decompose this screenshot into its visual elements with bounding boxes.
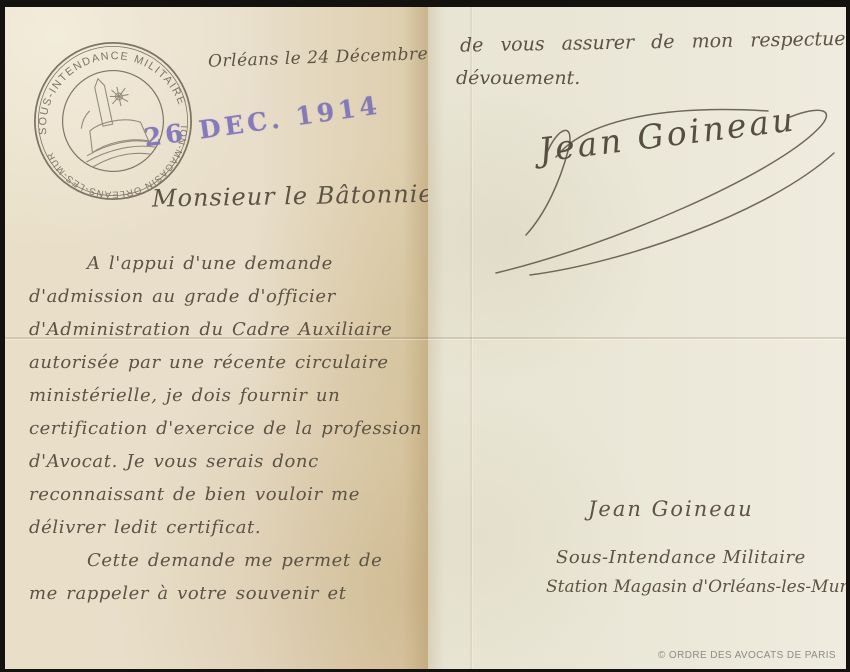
- signature-block-name: Jean Goineau: [588, 497, 754, 521]
- body-line: Cette demande me permet de: [29, 544, 421, 577]
- letter-salutation: Monsieur le Bâtonnier: [152, 179, 428, 212]
- body-line: délivrer ledit certificat.: [29, 511, 421, 544]
- closing-line: de vous assurer de mon respectueux: [460, 27, 846, 56]
- body-line: d'admission au grade d'officier: [29, 280, 421, 313]
- signature-block-unit: Sous-Intendance Militaire: [556, 547, 806, 568]
- closing-line: dévouement.: [456, 67, 580, 89]
- letter-left-page: SOUS-INTENDANCE MILITAIRE STATION-MAGASI…: [5, 7, 428, 669]
- horizontal-fold-crease: [428, 337, 846, 339]
- body-line: A l'appui d'une demande: [29, 247, 421, 280]
- body-line: d'Administration du Cadre Auxiliaire: [29, 313, 421, 346]
- letter-body: A l'appui d'une demande d'admission au g…: [29, 247, 421, 610]
- body-line: d'Avocat. Je vous serais donc: [29, 445, 421, 478]
- stamp-monument-icon: [70, 70, 157, 168]
- letter-dateline: Orléans le 24 Décembre 1914: [208, 42, 428, 71]
- body-line: autorisée par une récente circulaire: [29, 346, 421, 379]
- body-line: me rappeler à votre souvenir et: [29, 577, 421, 610]
- letter-right-page: de vous assurer de mon respectueux dévou…: [428, 7, 846, 669]
- body-line: ministérielle, je dois fournir un: [29, 379, 421, 412]
- signature-block-station: Station Magasin d'Orléans-les-Murlins: [546, 577, 846, 597]
- body-line: reconnaissant de bien vouloir me: [29, 478, 421, 511]
- letter-scan: SOUS-INTENDANCE MILITAIRE STATION-MAGASI…: [0, 0, 850, 672]
- archive-credit: © ORDRE DES AVOCATS DE PARIS: [658, 650, 836, 661]
- body-line: certification d'exercice de la professio…: [29, 412, 421, 445]
